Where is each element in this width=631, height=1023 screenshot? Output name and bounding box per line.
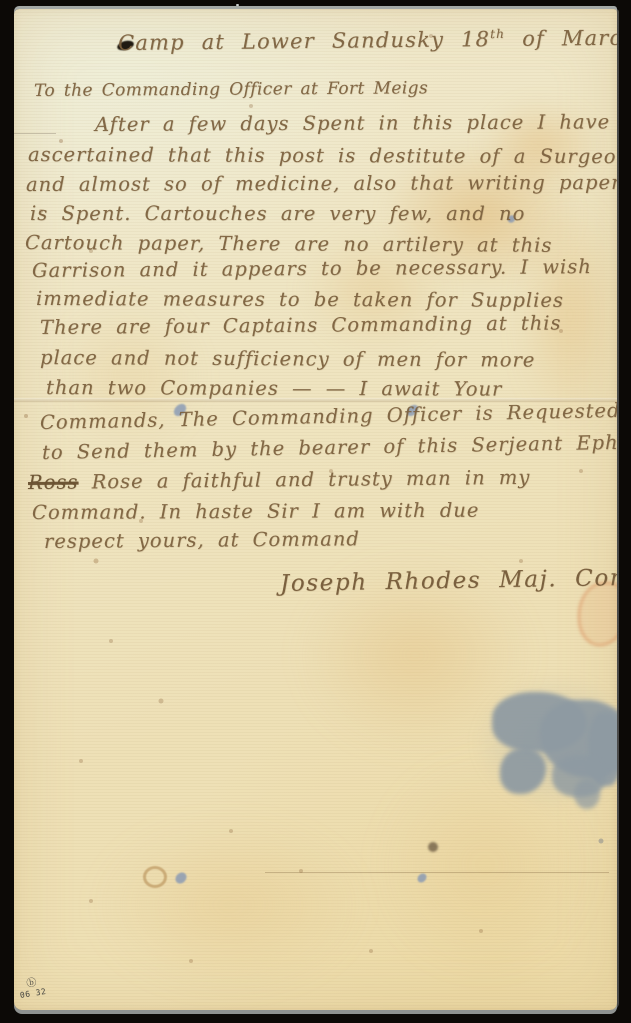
salutation-text: To the Commanding Officer at Fort Meigs: [34, 78, 428, 101]
signature-line: Joseph Rhodes Maj. Comd: [280, 565, 617, 597]
fold-crease: [265, 872, 609, 873]
line-text: ascertained that this post is destitute …: [28, 143, 617, 168]
line-text: Commands, The Commanding Officer is Requ…: [40, 399, 617, 434]
line-text: and almost so of medicine, also that wri…: [26, 171, 617, 196]
struck-word: Ross: [28, 470, 79, 494]
stain-blue-gray: [574, 779, 600, 809]
line-text: immediate measures to be taken for Suppl…: [36, 287, 564, 312]
line-text: Rose a faithful and trusty man in my: [78, 466, 530, 494]
dateline: Camp at Lower Sandusky 18th of March 181…: [118, 25, 617, 55]
stain-blue-gray: [588, 712, 617, 786]
stain-blue-gray: [540, 700, 617, 778]
body-line: Command. In haste Sir I am with due: [32, 499, 479, 524]
dust-speck: [236, 4, 239, 6]
body-line: ascertained that this post is destitute …: [28, 143, 617, 168]
stain-blue-gray: [492, 692, 587, 752]
body-line: Garrison and it appears to be necessary.…: [32, 255, 592, 282]
line-text: than two Companies — — I await Your: [46, 376, 502, 401]
body-line: Cartouch paper, There are no artilery at…: [25, 231, 552, 257]
body-line: There are four Captains Commanding at th…: [40, 311, 562, 339]
foxing-specks: [14, 9, 16, 11]
body-line: respect yours, at Command: [44, 527, 360, 553]
stain-blue-gray: [500, 748, 546, 794]
dateline-text: Camp at Lower Sandusky 18: [118, 27, 490, 55]
dateline-superscript: th: [490, 27, 505, 41]
signature-text: Joseph Rhodes Maj. Com: [280, 565, 617, 597]
stain-blue-halo: [476, 677, 617, 807]
line-text: respect yours, at Command: [44, 527, 360, 553]
letter-page: Camp at Lower Sandusky 18th of March 181…: [14, 9, 617, 1010]
body-line-struck: Ross Rose a faithful and trusty man in m…: [28, 466, 531, 494]
stain-tan: [94, 820, 364, 990]
body-line: place and not sufficiency of men for mor…: [40, 346, 535, 372]
line-text: place and not sufficiency of men for mor…: [40, 346, 535, 372]
line-text: There are four Captains Commanding at th…: [40, 311, 562, 339]
line-text: Garrison and it appears to be necessary.…: [32, 255, 592, 282]
blue-ink-speck: [173, 870, 189, 886]
line-text: Cartouch paper, There are no artilery at…: [25, 231, 552, 257]
archive-mark-code: 06 32: [19, 987, 47, 999]
body-line: and almost so of medicine, also that wri…: [26, 171, 617, 196]
line-text: is Spent. Cartouches are very few, and n…: [30, 202, 525, 225]
archive-mark: ⓑ 06 32: [18, 977, 47, 1000]
stain-blue-gray: [552, 755, 606, 797]
stain-tan: [380, 760, 590, 970]
body-line: immediate measures to be taken for Suppl…: [36, 287, 564, 312]
body-line: Commands, The Commanding Officer is Requ…: [40, 399, 617, 434]
salutation-line: To the Commanding Officer at Fort Meigs: [34, 78, 428, 101]
body-line: to Send them by the bearer of this Serje…: [42, 430, 617, 464]
dark-spot: [428, 842, 438, 852]
body-line: is Spent. Cartouches are very few, and n…: [30, 202, 525, 225]
body-line: than two Companies — — I await Your: [46, 376, 502, 401]
photo-background: Camp at Lower Sandusky 18th of March 181…: [0, 0, 631, 1023]
ring-stain: [143, 866, 167, 888]
blue-ink-speck: [416, 872, 429, 885]
body-line: After a few days Spent in this place I h…: [95, 110, 610, 136]
line-text: to Send them by the bearer of this Serje…: [42, 430, 617, 464]
fold-crease: [14, 133, 56, 134]
dateline-text: of March 1813: [505, 25, 617, 51]
line-text: After a few days Spent in this place I h…: [95, 110, 610, 136]
line-text: Command. In haste Sir I am with due: [32, 499, 479, 524]
